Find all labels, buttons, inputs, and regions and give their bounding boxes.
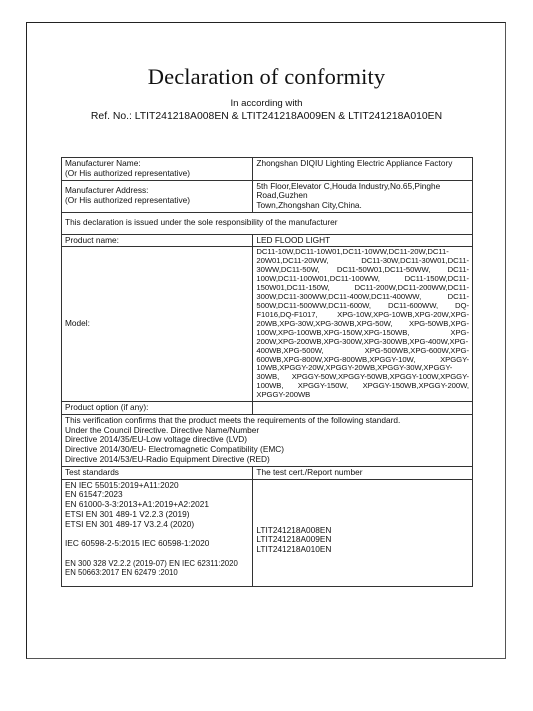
product-name-row: Product name: LED FLOOD LIGHT — [62, 234, 473, 247]
manufacturer-name-value: Zhongshan DIQIU Lighting Electric Applia… — [253, 158, 473, 181]
product-option-row: Product option (if any): — [62, 402, 473, 415]
model-row: Model: DC11-10W,DC11-10W01,DC11-10WW,DC1… — [62, 247, 473, 402]
report-number-header: The test cert./Report number — [253, 466, 473, 479]
product-option-label: Product option (if any): — [62, 402, 253, 415]
manufacturer-address-value: 5th Floor,Elevator C,Houda Industry,No.6… — [253, 180, 473, 212]
responsibility-statement: This declaration is issued under the sol… — [62, 212, 473, 234]
reference-number: Ref. No.: LTIT241218A008EN & LTIT241218A… — [0, 111, 533, 122]
product-name-label: Product name: — [62, 234, 253, 247]
product-name-value: LED FLOOD LIGHT — [253, 234, 473, 247]
model-label: Model: — [62, 247, 253, 402]
manufacturer-name-row: Manufacturer Name: (Or His authorized re… — [62, 158, 473, 181]
test-standards-header: Test standards — [62, 466, 253, 479]
verification-row: This verification confirms that the prod… — [62, 414, 473, 466]
manufacturer-name-label: Manufacturer Name: (Or His authorized re… — [62, 158, 253, 181]
manufacturer-address-label: Manufacturer Address: (Or His authorized… — [62, 180, 253, 212]
report-number-list: LTIT241218A008EN LTIT241218A009EN LTIT24… — [253, 479, 473, 586]
verification-statement: This verification confirms that the prod… — [62, 414, 473, 466]
test-standards-list: EN IEC 55015:2019+A11:2020 EN 61547:2023… — [62, 479, 253, 586]
model-list: DC11-10W,DC11-10W01,DC11-10WW,DC11-20W,D… — [253, 247, 473, 402]
standards-row: EN IEC 55015:2019+A11:2020 EN 61547:2023… — [62, 479, 473, 586]
document-title: Declaration of conformity — [0, 64, 533, 90]
document-subtitle: In according with — [0, 98, 533, 109]
product-option-value — [253, 402, 473, 415]
manufacturer-address-row: Manufacturer Address: (Or His authorized… — [62, 180, 473, 212]
responsibility-row: This declaration is issued under the sol… — [62, 212, 473, 234]
standards-header-row: Test standards The test cert./Report num… — [62, 466, 473, 479]
declaration-table: Manufacturer Name: (Or His authorized re… — [61, 157, 473, 587]
